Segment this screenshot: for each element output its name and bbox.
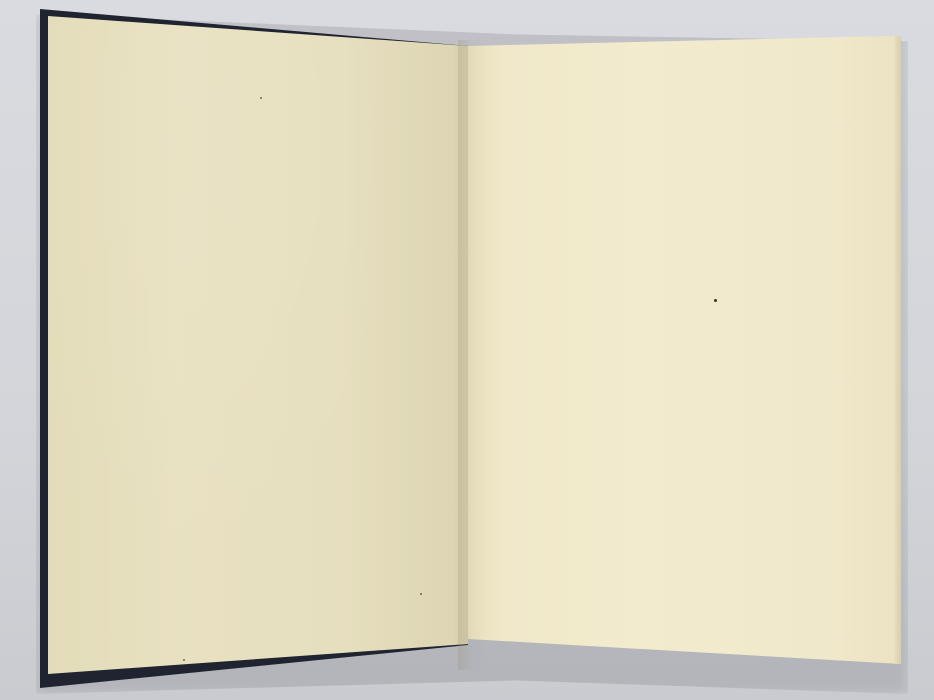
paper-speck xyxy=(420,593,422,595)
paper-speck xyxy=(183,659,185,661)
page-fore-edge xyxy=(895,36,901,664)
right-blank-page xyxy=(468,36,901,664)
left-endpaper-page xyxy=(48,16,468,674)
photo-scene xyxy=(0,0,934,700)
paper-speck xyxy=(714,299,717,302)
paper-speck xyxy=(260,97,262,99)
book-gutter xyxy=(458,40,488,670)
